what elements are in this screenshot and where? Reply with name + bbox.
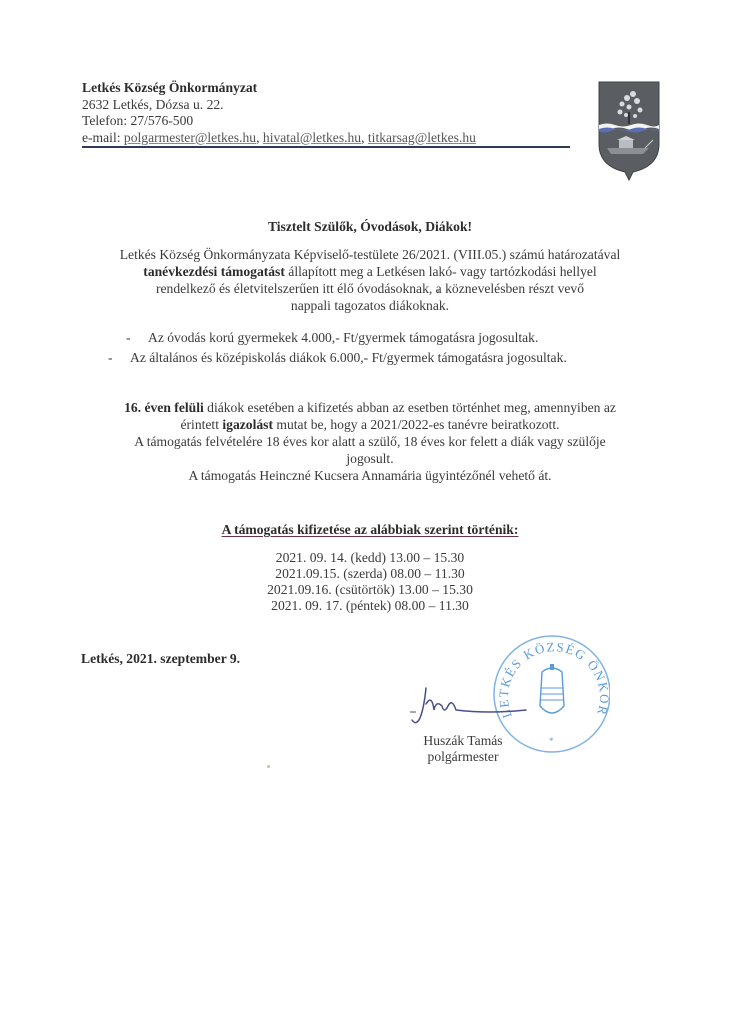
- separator: ,: [361, 130, 368, 145]
- organization-name: Letkés Község Önkormányzat: [82, 80, 572, 97]
- age-condition: 16. éven felüli: [124, 400, 204, 415]
- support-name: tanévkezdési támogatást: [143, 264, 285, 279]
- intro-line-3: rendelkező és életvitelszerűen itt élő ó…: [60, 280, 680, 297]
- email-link-office[interactable]: hivatal@letkes.hu: [263, 130, 361, 145]
- schedule-entry: 2021. 09. 14. (kedd) 13.00 – 15.30: [60, 550, 680, 566]
- eligibility-list: -Az óvodás korú gyermekek 4.000,- Ft/gye…: [108, 328, 668, 368]
- email-label: e-mail:: [82, 130, 124, 145]
- bullet-marker: -: [126, 328, 148, 348]
- header-divider: [82, 146, 570, 148]
- intro-line-4: nappali tagozatos diákoknak.: [60, 297, 680, 314]
- email-line: e-mail: polgarmester@letkes.hu, hivatal@…: [82, 130, 572, 147]
- document-page: Letkés Község Önkormányzat 2632 Letkés, …: [0, 0, 739, 1024]
- list-item-text: Az általános és középiskolás diákok 6.00…: [130, 350, 567, 365]
- signer-title: polgármester: [418, 749, 508, 765]
- list-item: -Az általános és középiskolás diákok 6.0…: [108, 348, 668, 368]
- conditions-line-4: jogosult.: [60, 450, 680, 467]
- intro-line-2-text: állapított meg a Letkésen lakó- vagy tar…: [285, 264, 597, 279]
- schedule-entry: 2021.09.15. (szerda) 08.00 – 11.30: [60, 566, 680, 582]
- address: 2632 Letkés, Dózsa u. 22.: [82, 97, 572, 114]
- scan-speck: [267, 765, 270, 768]
- conditions-line-3: A támogatás felvételére 18 éves kor alat…: [60, 433, 680, 450]
- signer-block: Huszák Tamás polgármester: [418, 733, 508, 765]
- phone: Telefon: 27/576-500: [82, 113, 572, 130]
- svg-text:*: *: [549, 736, 554, 746]
- coat-of-arms-icon: [593, 74, 665, 182]
- conditions-line-2: érintett igazolást mutat be, hogy a 2021…: [60, 416, 680, 433]
- schedule-entry: 2021.09.16. (csütörtök) 13.00 – 15.30: [60, 582, 680, 598]
- email-link-secretary[interactable]: titkarsag@letkes.hu: [368, 130, 476, 145]
- separator: ,: [256, 130, 263, 145]
- conditions-text: diákok esetében a kifizetés abban az ese…: [204, 400, 616, 415]
- scan-mark: [437, 289, 439, 292]
- intro-line-1: Letkés Község Önkormányzata Képviselő-te…: [60, 246, 680, 263]
- conditions-line-1: 16. éven felüli diákok esetében a kifize…: [60, 399, 680, 416]
- list-item-text: Az óvodás korú gyermekek 4.000,- Ft/gyer…: [148, 330, 538, 345]
- conditions-paragraph: 16. éven felüli diákok esetében a kifize…: [60, 399, 680, 484]
- schedule-title: A támogatás kifizetése az alábbiak szeri…: [60, 521, 680, 538]
- signer-name: Huszák Tamás: [418, 733, 508, 749]
- signature-icon: [408, 680, 528, 735]
- bullet-marker: -: [108, 348, 130, 368]
- schedule-title-text: A támogatás kifizetése az alábbiak szeri…: [222, 522, 519, 537]
- intro-line-2: tanévkezdési támogatást állapított meg a…: [60, 263, 680, 280]
- certificate-term: igazolást: [222, 417, 273, 432]
- email-link-mayor[interactable]: polgarmester@letkes.hu: [124, 130, 256, 145]
- greeting: Tisztelt Szülők, Óvodások, Diákok!: [60, 218, 680, 235]
- conditions-line-5: A támogatás Heinczné Kucsera Annamária ü…: [60, 467, 680, 484]
- conditions-text: mutat be, hogy a 2021/2022-es tanévre be…: [273, 417, 560, 432]
- list-item: -Az óvodás korú gyermekek 4.000,- Ft/gye…: [108, 328, 668, 348]
- letterhead: Letkés Község Önkormányzat 2632 Letkés, …: [82, 80, 572, 146]
- payment-schedule: 2021. 09. 14. (kedd) 13.00 – 15.30 2021.…: [60, 550, 680, 614]
- conditions-text: érintett: [180, 417, 222, 432]
- schedule-entry: 2021. 09. 17. (péntek) 08.00 – 11.30: [60, 598, 680, 614]
- intro-paragraph: Letkés Község Önkormányzata Képviselő-te…: [60, 246, 680, 314]
- date-line: Letkés, 2021. szeptember 9.: [81, 651, 240, 667]
